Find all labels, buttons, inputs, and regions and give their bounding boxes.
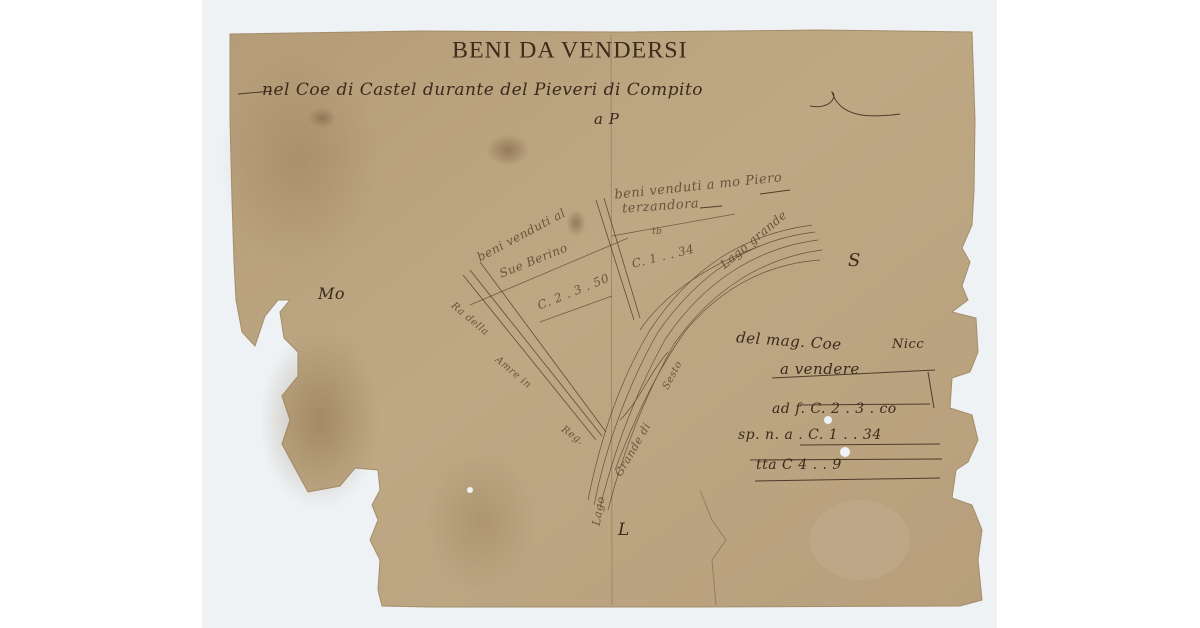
document-title: BENI DA VENDERSI bbox=[452, 39, 688, 65]
note-line-4: sp. n. a . C. 1 . . 34 bbox=[738, 428, 882, 442]
marker-top: a P bbox=[594, 112, 619, 127]
compass-label-mo: Mo bbox=[318, 286, 345, 302]
note-line-1b: Nicc bbox=[892, 338, 924, 351]
subtitle-text: nel Coe di Castel durante del Pieveri di… bbox=[262, 82, 703, 99]
note-line-3: ad f. C. 2 . 3 . co bbox=[772, 402, 897, 416]
compass-label-l: L bbox=[618, 522, 630, 539]
note-line-2: a vendere bbox=[780, 362, 860, 377]
note-line-5: tta C 4 . . 9 bbox=[756, 458, 842, 472]
compass-label-s: S bbox=[848, 252, 861, 270]
label-mark-tb: tb bbox=[652, 228, 662, 237]
